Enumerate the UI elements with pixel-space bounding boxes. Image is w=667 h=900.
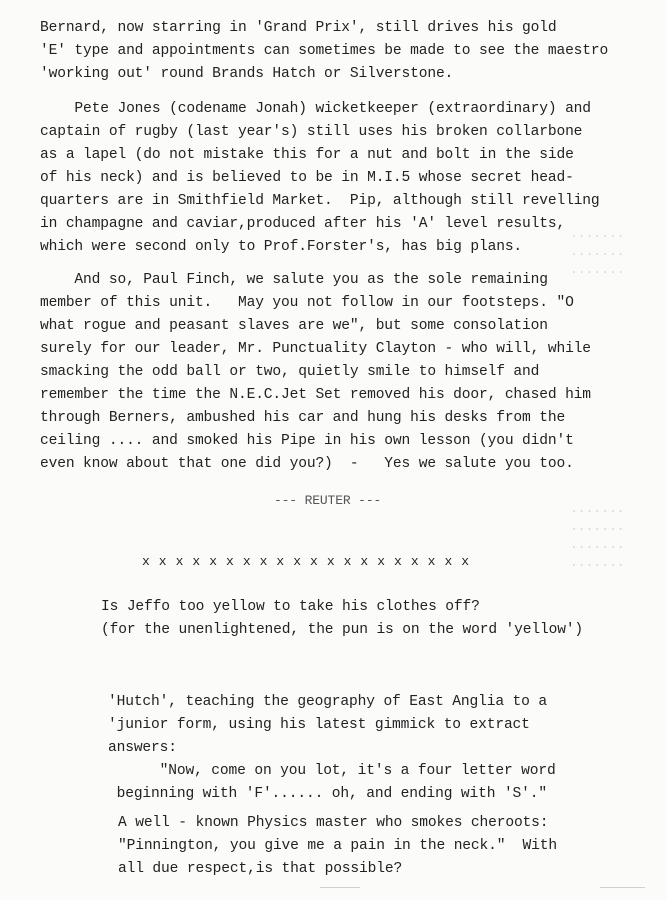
- bleed-through-text: ....... ....... .......: [570, 225, 625, 279]
- text-line: smacking the odd ball or two, quietly sm…: [40, 363, 539, 381]
- text-line: which were second only to Prof.Forster's…: [40, 238, 522, 256]
- text-line: And so, Paul Finch, we salute you as the…: [40, 271, 548, 289]
- text-line: as a lapel (do not mistake this for a nu…: [40, 146, 574, 164]
- typewritten-page: ....... ....... ....... ....... ....... …: [0, 0, 667, 900]
- text-line: all due respect,is that possible?: [118, 860, 402, 878]
- text-line: 'working out' round Brands Hatch or Silv…: [40, 65, 453, 83]
- text-line: 'Hutch', teaching the geography of East …: [108, 693, 547, 711]
- text-line: A well - known Physics master who smokes…: [118, 814, 548, 832]
- text-line: in champagne and caviar,produced after h…: [40, 215, 565, 233]
- text-line: 'junior form, using his latest gimmick t…: [108, 716, 530, 734]
- text-line: captain of rugby (last year's) still use…: [40, 123, 582, 141]
- text-line: "Pinnington, you give me a pain in the n…: [118, 837, 557, 855]
- text-line: of his neck) and is believed to be in M.…: [40, 169, 574, 187]
- text-line: through Berners, ambushed his car and hu…: [40, 409, 565, 427]
- text-line: quarters are in Smithfield Market. Pip, …: [40, 192, 600, 210]
- text-line: "Now, come on you lot, it's a four lette…: [108, 762, 556, 780]
- text-line: even know about that one did you?) - Yes…: [40, 455, 574, 473]
- bleed-through-text: ....... ....... ....... .......: [570, 500, 625, 572]
- text-line: remember the time the N.E.C.Jet Set remo…: [40, 386, 591, 404]
- text-line: answers:: [108, 739, 177, 757]
- text-line: beginning with 'F'...... oh, and ending …: [108, 785, 547, 803]
- text-line: Is Jeffo too yellow to take his clothes …: [101, 598, 480, 616]
- text-line: Pete Jones (codename Jonah) wicketkeeper…: [40, 100, 591, 118]
- text-line: ceiling .... and smoked his Pipe in his …: [40, 432, 574, 450]
- text-line: Bernard, now starring in 'Grand Prix', s…: [40, 19, 556, 37]
- text-line: member of this unit. May you not follow …: [40, 294, 574, 312]
- bottom-mark: [600, 887, 645, 888]
- text-line: 'E' type and appointments can sometimes …: [40, 42, 608, 60]
- text-line: surely for our leader, Mr. Punctuality C…: [40, 340, 591, 358]
- signature: --- REUTER ---: [274, 492, 381, 510]
- bottom-mark: [320, 887, 360, 888]
- text-line: (for the unenlightened, the pun is on th…: [101, 621, 583, 639]
- text-line: what rogue and peasant slaves are we", b…: [40, 317, 548, 335]
- separator-line: x x x x x x x x x x x x x x x x x x x x: [142, 553, 470, 571]
